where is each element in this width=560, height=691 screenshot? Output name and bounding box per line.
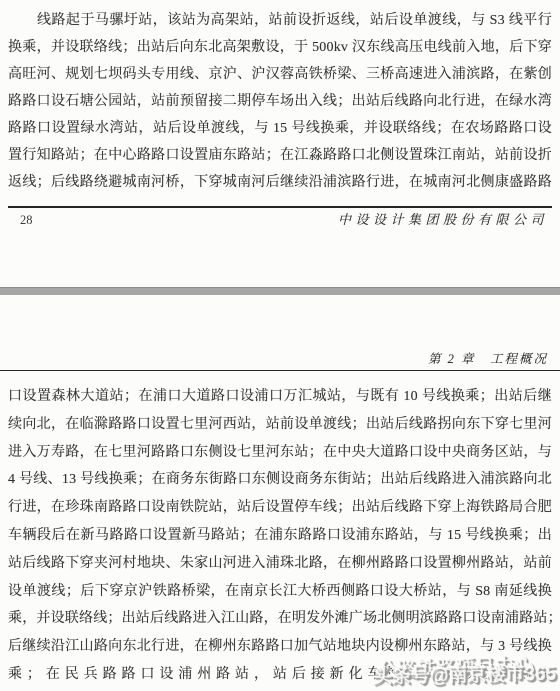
text-line: 续向北，在临滁路路口设置七里河西站，站前设单渡线；出站后线路拐向东下穿七里河	[8, 411, 552, 439]
text-line: 站后线路下穿夹河村地块、朱家山河进入浦珠北路，在柳州路路口设置柳州路站，站前	[8, 550, 552, 578]
company-name: 中设设计集团股份有限公司	[338, 211, 548, 229]
text-line: 置行知路站；在中心路路口设置庙东路站；在江淼路路口北侧设置珠江南站，站前设折	[8, 142, 552, 169]
text-line: 行进，在珍珠南路路口设南铁院站，站后设置停车线；出站后线路下穿上海铁路局合肥	[8, 494, 552, 522]
text-line: 设单渡线；后下穿京沪铁路桥梁，在南京长江大桥西侧路口设大桥站，与 S8 南延线换	[8, 578, 552, 606]
text-line: 路路口设置绿水湾站，站后设单渡线，与 15 号线换乘，并设联络线；在农场路路口设	[8, 115, 552, 142]
text-line: 进入万寿路，在七里河路路口东侧设七里河东站；在中央大道路口设中央商务区站，与	[8, 439, 552, 467]
page-number: 28	[20, 211, 33, 229]
text-line: 换乘，并设联络线；出站后向东北高架敷设，于 500kv 汉东线高压电线前入地，后…	[8, 34, 552, 61]
text-line: 车辆段后在新马路路口设置新马路站；在浦东路路口设浦东路站，与 15 号线换乘；出	[8, 522, 552, 550]
text-line: 乘；在民兵路路口设浦州路站，站后接新化车辆段出入段线，抵达	[8, 661, 552, 689]
chapter-header: 第 2 章 工程概况	[0, 351, 560, 367]
page-1-paragraph: 线路起于马骡圩站，该站为高架站，站前设折返线，站后设单渡线，与 S3 线平行换乘…	[8, 7, 552, 196]
text-line: 4 号线、13 号线换乘；在商务东街路口东侧设商务东街站；出站后线路进入浦滨路向…	[8, 466, 552, 494]
page-2: 第 2 章 工程概况 口设置森林大道站；在浦口大道路口设浦口万汇城站，与既有 1…	[0, 351, 560, 689]
document-viewer: 线路起于马骡圩站，该站为高架站，站前设折返线，站后设单渡线，与 S3 线平行换乘…	[0, 0, 560, 691]
text-line: 线路起于马骡圩站，该站为高架站，站前设折返线，站后设单渡线，与 S3 线平行	[8, 7, 552, 34]
text-line: 路路口设石塘公园站，站前预留接二期停车场出入线；出站后线路向北行进，在绿水湾	[8, 88, 552, 115]
text-line: 乘，并设联络线；出站后线路进入江山路，在明发外滩广场北侧明滨路路口设南浦路站；	[8, 605, 552, 633]
page-2-paragraph: 口设置森林大道站；在浦口大道路口设浦口万汇城站，与既有 10 号线换乘；出站后继…	[0, 371, 560, 689]
page-1-footer: 28 中设设计集团股份有限公司	[8, 208, 552, 229]
text-line: 口设置森林大道站；在浦口大道路口设浦口万汇城站，与既有 10 号线换乘；出站后继	[8, 383, 552, 411]
text-line: 返线；后线路绕避城南河桥，下穿城南河后继续沿浦滨路行进，在城南河北侧康盛路路	[8, 169, 552, 196]
page-divider	[0, 287, 560, 295]
text-line: 高旺河、规划七坝码头专用线、京沪、沪汉蓉高铁桥梁、三桥高速进入浦滨路，在紫创	[8, 61, 552, 88]
page-1: 线路起于马骡圩站，该站为高架站，站前设折返线，站后设单渡线，与 S3 线平行换乘…	[0, 0, 560, 229]
text-line: 后继续沿江山路向东北行进，在柳州东路路口加气站地块内设柳州东路站，与 3 号线换	[8, 633, 552, 661]
